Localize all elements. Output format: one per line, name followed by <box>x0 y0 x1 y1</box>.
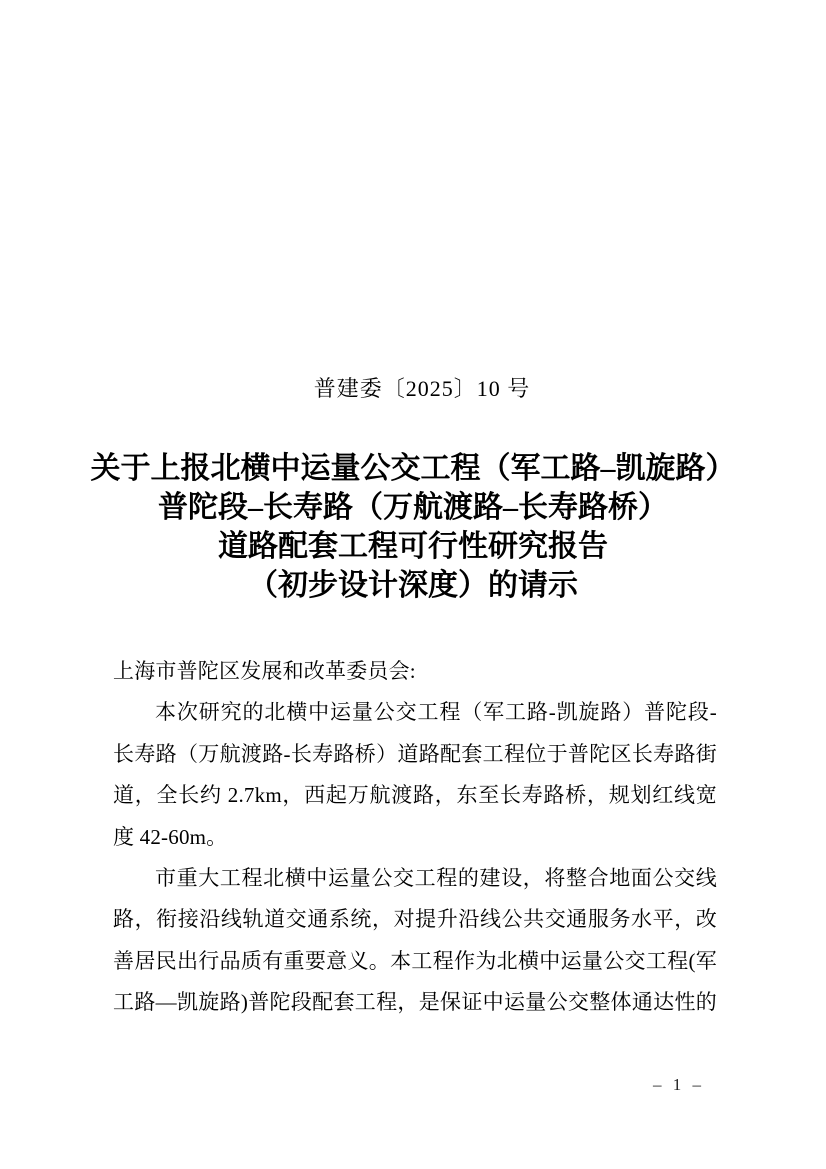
salutation: 上海市普陀区发展和改革委员会: <box>113 651 717 692</box>
paragraph1-line2: 长寿路（万航渡路-长寿路桥）道路配套工程位于普陀区长寿路街 <box>113 734 717 775</box>
doc-number: 普建委〔2025〕10 号 <box>113 376 731 402</box>
title-line-2: 普陀段–长寿路（万航渡路–长寿路桥） <box>0 488 826 527</box>
title-line-1: 关于上报北横中运量公交工程（军工路–凯旋路） <box>0 449 826 488</box>
paragraph2-line1: 市重大工程北横中运量公交工程的建设，将整合地面公交线 <box>113 858 717 899</box>
paragraph1-line3: 道，全长约 2.7km，西起万航渡路，东至长寿路桥，规划红线宽 <box>113 775 717 816</box>
paragraph2-line2: 路，衔接沿线轨道交通系统，对提升沿线公共交通服务水平，改 <box>113 899 717 940</box>
document-page: 普建委〔2025〕10 号 关于上报北横中运量公交工程（军工路–凯旋路） 普陀段… <box>0 0 826 1169</box>
title-line-3: 道路配套工程可行性研究报告 <box>0 527 826 566</box>
paragraph2-line4: 工路—凯旋路)普陀段配套工程，是保证中运量公交整体通达性的 <box>113 982 717 1023</box>
title-line-4: （初步设计深度）的请示 <box>0 566 826 605</box>
paragraph1-line1: 本次研究的北横中运量公交工程（军工路-凯旋路）普陀段- <box>113 692 717 733</box>
paragraph2-line3: 善居民出行品质有重要意义。本工程作为北横中运量公交工程(军 <box>113 941 717 982</box>
document-title: 关于上报北横中运量公交工程（军工路–凯旋路） 普陀段–长寿路（万航渡路–长寿路桥… <box>0 449 826 605</box>
document-body: 上海市普陀区发展和改革委员会: 本次研究的北横中运量公交工程（军工路-凯旋路）普… <box>113 651 717 1024</box>
page-number: – 1 – <box>653 1075 702 1095</box>
paragraph1-line4: 度 42-60m。 <box>113 817 717 858</box>
